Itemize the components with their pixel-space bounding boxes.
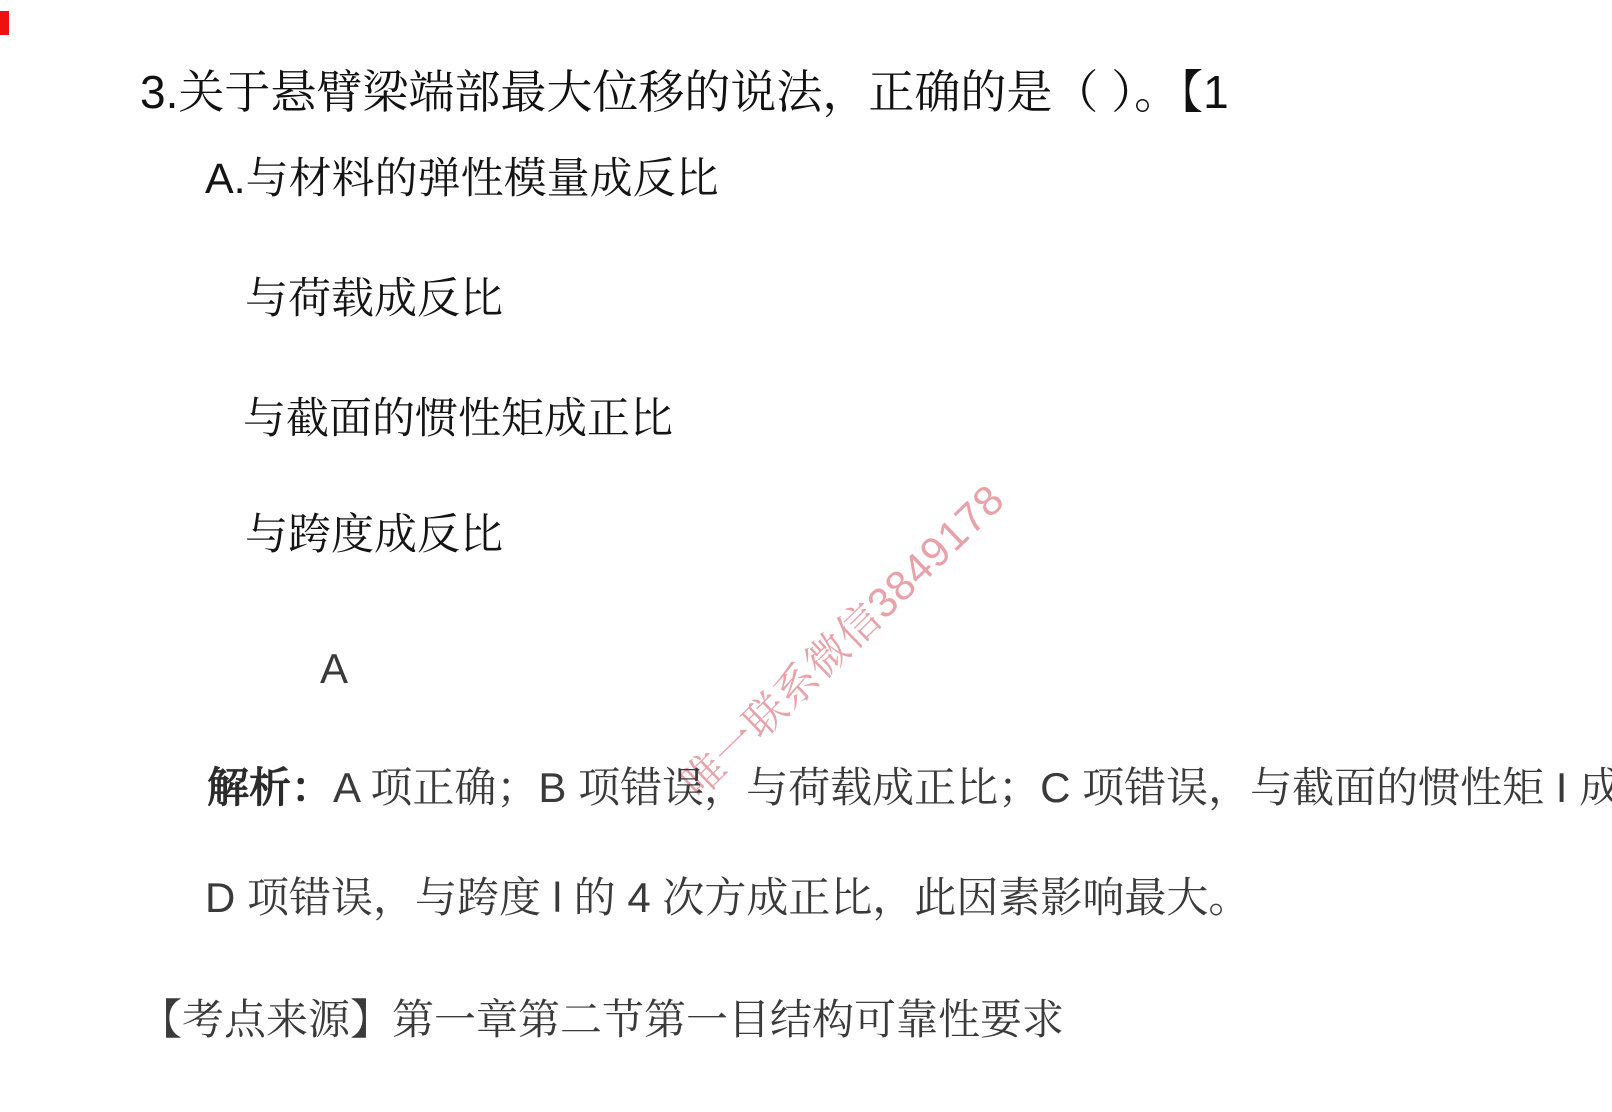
watermark: 唯一联系微信3849178 [666,475,1010,810]
red-corner-marker [0,11,9,35]
option-a: A.与材料的弹性模量成反比 [205,155,719,204]
option-c: 与截面的惯性矩成正比 [243,395,673,444]
exam-point-source: 【考点来源】第一章第二节第一目结构可靠性要求 [140,996,1064,1044]
analysis-heading: 解析： [207,764,333,811]
option-b: 与荷载成反比 [245,275,503,324]
document-page: 唯一联系微信3849178 3.关于悬臂梁端部最大位移的说法，正确的是（ ）。【… [0,0,1612,1112]
option-d: 与跨度成反比 [245,511,503,560]
analysis-line-2: D 项错误，与跨度 l 的 4 次方成正比，此因素影响最大。 [205,874,1250,922]
analysis-line-1: 解析：A 项正确；B 项错误，与荷载成正比；C 项错误，与截面的惯性矩 I 成反… [207,764,1612,812]
question-text: 3.关于悬臂梁端部最大位移的说法，正确的是（ ）。【1 [140,66,1229,119]
analysis-body: A 项正确；B 项错误，与荷载成正比；C 项错误，与截面的惯性矩 I 成反比； [333,764,1612,811]
answer-text: A [320,645,348,693]
